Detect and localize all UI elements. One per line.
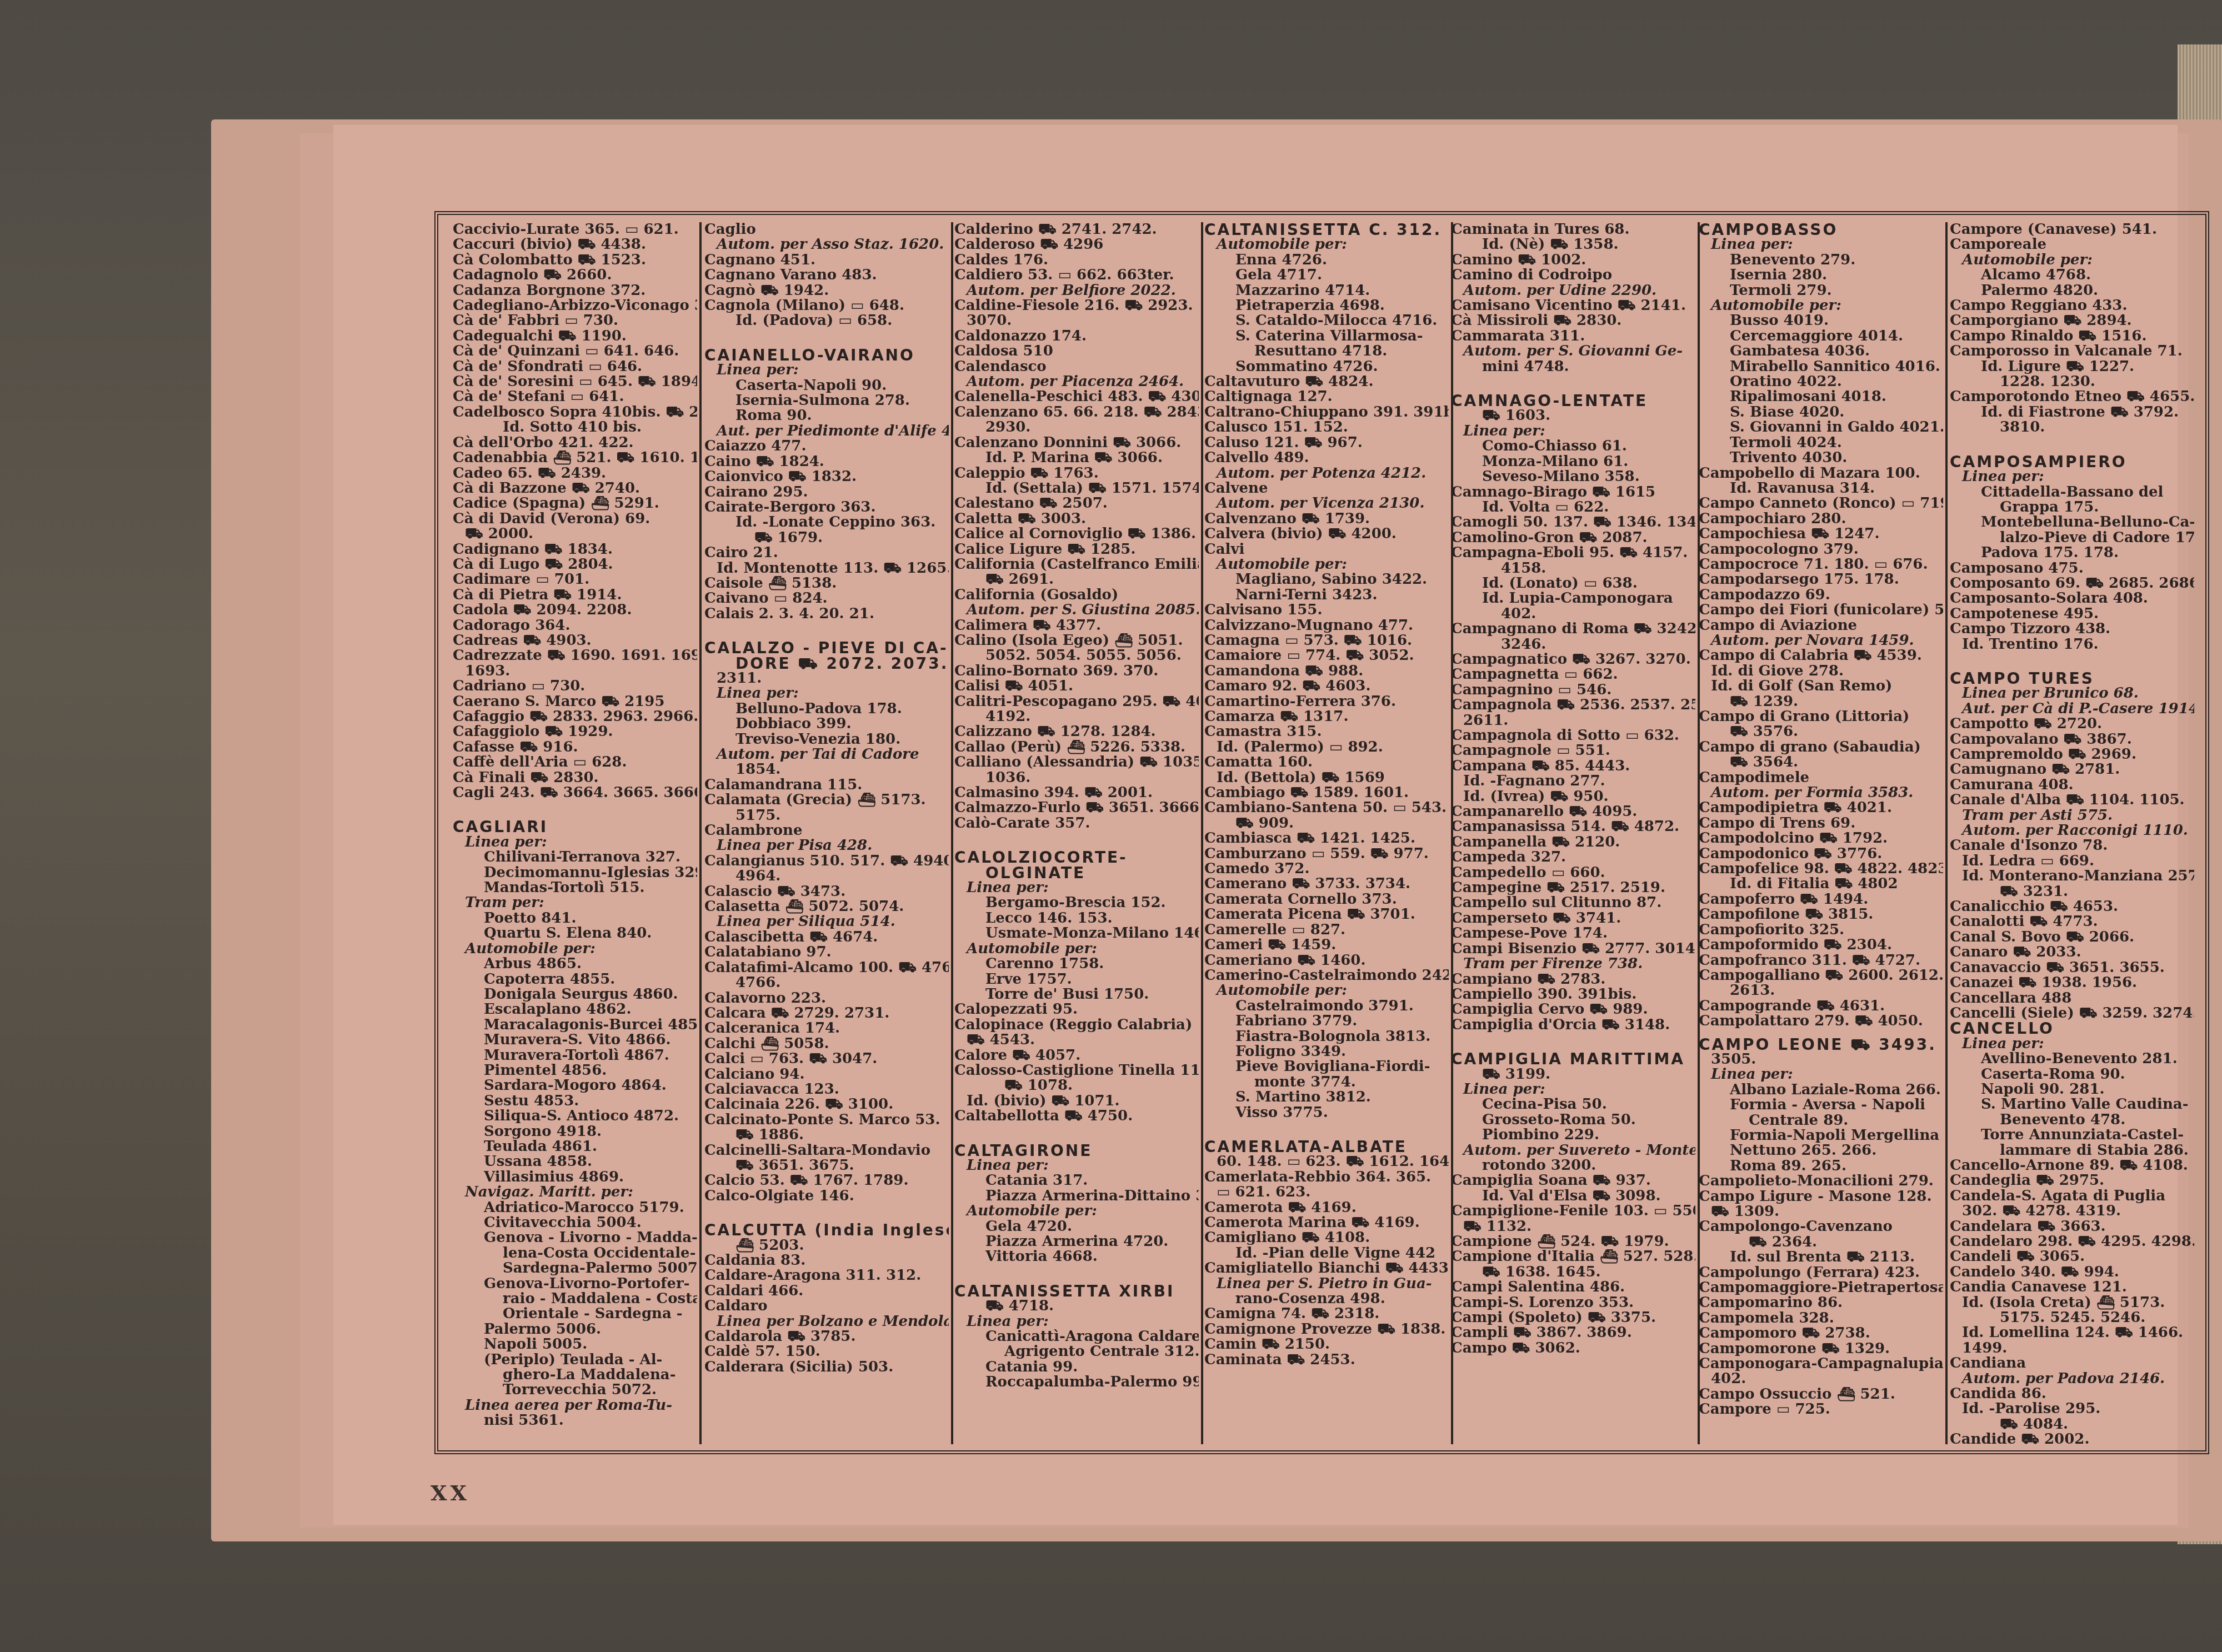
index-entry: Campanasissa 514. ⛟ 4872. <box>1451 819 1695 834</box>
index-entry: Caserta-Roma 90. <box>1950 1067 2194 1082</box>
index-entry: S. Giovanni in Galdo 4021. <box>1699 420 1943 435</box>
index-entry: Calco-Olgiate 146. <box>704 1189 949 1204</box>
index-entry: Id. -Fagnano 277. <box>1451 774 1695 789</box>
index-entry: Caltavuturo ⛟ 4824. <box>1204 374 1449 389</box>
index-entry: Camino di Codroipo <box>1451 268 1695 283</box>
index-entry: 5052. 5054. 5055. 5056. <box>954 648 1199 663</box>
index-entry: S. Caterina Villarmosa- <box>1204 329 1449 344</box>
index-entry: Campolungo (Ferrara) 423. <box>1699 1265 1943 1280</box>
index-entry: Camerata Picena ⛟ 3701. <box>1204 907 1449 922</box>
index-entry: Campana ⛟ 85. 4443. <box>1451 759 1695 774</box>
index-entry: Aut. per Piedimonte d'Alife 4042 <box>704 424 949 439</box>
index-entry: Linea per Pisa 428. <box>704 838 949 853</box>
index-entry: Foligno 3349. <box>1204 1044 1449 1059</box>
index-entry: 4158. <box>1451 561 1695 576</box>
index-entry: Cà de' Fabbri ▭ 730. <box>453 313 697 328</box>
index-entry: Caserta-Napoli 90. <box>704 378 949 393</box>
index-entry: Campagnola ⛟ 2536. 2537. 2538. <box>1451 698 1695 713</box>
index-entry: Sardara-Mogoro 4864. <box>453 1078 697 1093</box>
index-entry: Campione d'Italia ⛴ 527. 528. <box>1451 1249 1695 1264</box>
index-entry: 2930. <box>954 420 1199 435</box>
index-entry: Campiello 390. 391bis. <box>1451 987 1695 1002</box>
index-entry: Calenella-Peschici 483. ⛟ 4304. <box>954 389 1199 404</box>
index-entry: Camartino-Ferrera 376. <box>1204 694 1449 709</box>
index-entry: Calascio ⛟ 3473. <box>704 884 949 899</box>
index-entry: Bergamo-Brescia 152. <box>954 895 1199 910</box>
index-entry: Calvera (bivio) ⛟ 4200. <box>1204 527 1449 542</box>
index-entry: Id. (Isola Creta) ⛴ 5173. <box>1950 1295 2194 1310</box>
index-entry: Caldania 83. <box>704 1253 949 1268</box>
index-entry: Cadreas ⛟ 4903. <box>453 633 697 648</box>
index-entry: Palermo 5006. <box>453 1322 697 1337</box>
index-entry: Campagnetta ▭ 662. <box>1451 667 1695 682</box>
index-entry: Caldarola ⛟ 3785. <box>704 1329 949 1344</box>
index-entry: Campoferro ⛟ 1494. <box>1699 892 1943 907</box>
index-entry: Campodonico ⛟ 3776. <box>1699 847 1943 862</box>
index-entry: Caldè 57. 150. <box>704 1344 949 1359</box>
index-entry: Cà di Lugo ⛟ 2804. <box>453 557 697 572</box>
index-entry: Campore ▭ 725. <box>1699 1402 1943 1417</box>
index-entry: Cadrezzate ⛟ 1690. 1691. 1692. <box>453 648 697 663</box>
index-entry: Campiglione-Fenile 103. ▭ 550. <box>1451 1204 1695 1219</box>
index-entry: ⛟ 1886. <box>704 1128 949 1143</box>
entry-list: Calderino ⛟ 2741. 2742.Calderoso ⛟ 4296C… <box>954 222 1199 1390</box>
index-entry: Caino ⛟ 1824. <box>704 454 949 469</box>
index-entry: Narni-Terni 3423. <box>1204 588 1449 603</box>
index-entry: 5175. 5245. 5246. <box>1950 1310 2194 1325</box>
index-entry: Piazza Armerina-Dittaino 316. <box>954 1189 1199 1204</box>
index-entry: Camatta 160. <box>1204 755 1449 770</box>
station-heading: CAMNAGO-LENTATE <box>1451 393 1695 408</box>
index-entry: Candida 86. <box>1950 1386 2194 1401</box>
index-entry: Id. (Ivrea) ⛟ 950. <box>1451 789 1695 804</box>
index-entry: Cambiago ⛟ 1589. 1601. <box>1204 785 1449 800</box>
index-entry: Villasimius 4869. <box>453 1170 697 1185</box>
index-entry: Tram per Firenze 738. <box>1451 957 1695 972</box>
index-entry: Autom. per Novara 1459. <box>1699 633 1943 648</box>
index-entry: Caldaro <box>704 1299 949 1314</box>
index-entry: Automobile per: <box>453 942 697 957</box>
index-entry: Agrigento Centrale 312. <box>954 1344 1199 1359</box>
index-entry: Id. (Bettola) ⛟ 1569 <box>1204 770 1449 785</box>
index-entry: Cadorago 364. <box>453 618 697 633</box>
index-entry: S. Cataldo-Milocca 4716. <box>1204 313 1449 328</box>
index-entry: Carenno 1758. <box>954 957 1199 972</box>
index-entry: lena-Costa Occidentale- <box>453 1246 697 1261</box>
index-entry: Camugnano ⛟ 2781. <box>1950 762 2194 777</box>
index-entry: Camogli 50. 137. ⛟ 1346. 1347. <box>1451 515 1695 530</box>
index-entry: Calò-Carate 357. <box>954 816 1199 831</box>
index-entry: Automobile per: <box>1204 237 1449 252</box>
index-entry: Autom. per S. Giovanni Ge- <box>1451 344 1695 359</box>
index-entry: Camporeale <box>1950 237 2194 252</box>
index-entry: Ripalimosani 4018. <box>1699 389 1943 404</box>
index-entry: Siliqua-S. Antioco 4872. <box>453 1109 697 1124</box>
index-entry: ⛟ 1132. <box>1451 1219 1695 1234</box>
index-entry: Isernia 280. <box>1699 268 1943 283</box>
index-entry: Tram per: <box>453 895 697 910</box>
index-entry: Autom. per Udine 2290. <box>1451 283 1695 298</box>
index-entry: Campomela 328. <box>1699 1311 1943 1326</box>
index-entry: Canazei ⛟ 1938. 1956. <box>1950 975 2194 990</box>
index-entry: Linea per: <box>954 880 1199 895</box>
index-entry: Cà di David (Verona) 69. <box>453 512 697 527</box>
index-entry: Cecina-Pisa 50. <box>1451 1097 1695 1112</box>
index-entry: Camaiore ▭ 774. ⛟ 3052. <box>1204 648 1449 663</box>
index-entry: Calavorno 223. <box>704 991 949 1006</box>
index-entry: Id. Lupia-Camponogara <box>1451 591 1695 606</box>
index-entry: Cameri ⛟ 1459. <box>1204 938 1449 953</box>
index-entry: Camerota Marina ⛟ 4169. <box>1204 1215 1449 1230</box>
index-entry: Camisano Vicentino ⛟ 2141. <box>1451 298 1695 313</box>
index-entry: 3810. <box>1950 420 2194 435</box>
index-entry: Composanto 69. ⛟ 2685. 2686. <box>1950 576 2194 591</box>
index-entry: Campo ⛟ 3062. <box>1451 1341 1695 1356</box>
index-entry: Campolieto-Monacilioni 279. <box>1699 1174 1943 1189</box>
index-entry: Id. Volta ▭ 622. <box>1451 500 1695 515</box>
index-entry: Torrevecchia 5072. <box>453 1383 697 1398</box>
index-entry: Campagna-Eboli 95. ⛟ 4157. <box>1451 545 1695 560</box>
station-heading: CALTANISSETTA C. 312. <box>1204 222 1449 237</box>
index-entry: 1499. <box>1950 1341 2194 1356</box>
index-entry: Calderino ⛟ 2741. 2742. <box>954 222 1199 237</box>
index-entry: Genova - Livorno - Madda- <box>453 1230 697 1245</box>
index-entry: Monza-Milano 61. <box>1451 454 1695 469</box>
index-entry: Caldiero 53. ▭ 662. 663ter. <box>954 268 1199 283</box>
entry-list: Caccivio-Lurate 365. ▭ 621.Caccuri (bivi… <box>453 222 697 1429</box>
index-entry: Caltrano-Chiuppano 391. 391bis. <box>1204 405 1449 420</box>
index-entry: 3246. <box>1451 637 1695 652</box>
index-entry: Camporosso in Valcanale 71. <box>1950 344 2194 359</box>
index-entry: Campodolcino ⛟ 1792. <box>1699 831 1943 846</box>
index-entry: Automobile per: <box>1699 298 1943 313</box>
index-entry: 5175. <box>704 808 949 823</box>
index-entry: Como-Chiasso 61. <box>1451 439 1695 454</box>
index-entry: Cairate-Bergoro 363. <box>704 500 949 515</box>
index-entry: Candela-S. Agata di Puglia <box>1950 1189 2194 1204</box>
index-entry: Formia - Aversa - Napoli <box>1699 1098 1943 1113</box>
index-entry: 1228. 1230. <box>1950 374 2194 389</box>
station-heading: CAGLIARI <box>453 819 697 834</box>
column-rule <box>1945 222 1948 1444</box>
index-entry: Poetto 841. <box>453 911 697 926</box>
index-entry: Camerano ⛟ 3733. 3734. <box>1204 877 1449 892</box>
index-entry: 3070. <box>954 313 1199 328</box>
index-entry: Camigliatello Bianchi ⛟ 4433. <box>1204 1261 1449 1276</box>
index-entry: Cambiasca ⛟ 1421. 1425. <box>1204 831 1449 846</box>
index-entry: Calvisano 155. <box>1204 603 1449 618</box>
index-entry: Campo Reggiano 433. <box>1950 298 2194 313</box>
index-entry: lammare di Stabia 286. <box>1950 1143 2194 1158</box>
index-entry: Campofranco 311. ⛟ 4727. <box>1699 953 1943 968</box>
index-entry: Camburzano ▭ 559. ⛟ 977. <box>1204 847 1449 862</box>
index-entry: Campagnino ▭ 546. <box>1451 683 1695 698</box>
index-entry: Cagnano Varano 483. <box>704 268 949 283</box>
index-entry: Cadriano ▭ 730. <box>453 679 697 694</box>
index-entry: Caerano S. Marco ⛟ 2195 <box>453 694 697 709</box>
index-entry: Campo Tizzoro 438. <box>1950 622 2194 637</box>
index-entry: Trivento 4030. <box>1699 450 1943 465</box>
index-entry: 402. <box>1699 1371 1943 1386</box>
index-entry: Cà Colombatto ⛟ 1523. <box>453 253 697 268</box>
index-entry: 302. ⛟ 4278. 4319. <box>1950 1204 2194 1219</box>
index-entry: Campocologno 379. <box>1699 542 1943 557</box>
index-entry: Calimera ⛟ 4377. <box>954 618 1199 633</box>
index-entry: Calosso-Castiglione Tinella 115 <box>954 1063 1199 1078</box>
index-entry: Piombino 229. <box>1451 1128 1695 1143</box>
index-entry: Avellino-Benevento 281. <box>1950 1052 2194 1067</box>
index-entry: Pimentel 4856. <box>453 1063 697 1078</box>
index-entry: Campo Rinaldo ⛟ 1516. <box>1950 329 2194 344</box>
index-entry: Id. (Lonato) ▭ 638. <box>1451 576 1695 591</box>
station-heading: CAMPIGLIA MARITTIMA <box>1451 1052 1695 1067</box>
index-entry: Campo dei Fiori (funicolare) 590 <box>1699 603 1943 618</box>
index-entry: Calcinelli-Saltara-Mondavio <box>704 1143 949 1158</box>
index-entry: Cercemaggiore 4014. <box>1699 329 1943 344</box>
index-entry: Campotto ⛟ 2720. <box>1950 717 2194 732</box>
index-entry: Automobile per: <box>954 942 1199 957</box>
index-entry: Calice al Cornoviglio ⛟ 1386. 1387 <box>954 527 1199 542</box>
index-entry: Campogrande ⛟ 4631. <box>1699 999 1943 1014</box>
index-entry: Calamata (Grecia) ⛴ 5173. <box>704 793 949 808</box>
index-entry: Campomorone ⛟ 1329. <box>1699 1341 1943 1356</box>
index-entry: Camerlata-Rebbio 364. 365. <box>1204 1170 1449 1185</box>
index-entry: Sommatino 4726. <box>1204 359 1449 374</box>
index-entry: Camastra 315. <box>1204 724 1449 739</box>
column-rule <box>699 222 702 1444</box>
index-entry: ghero-La Maddalena- <box>453 1368 697 1383</box>
index-entry: Palermo 4820. <box>1950 283 2194 298</box>
index-entry: Automobile per: <box>1950 253 2194 268</box>
index-entry: Campese-Pove 174. <box>1451 926 1695 941</box>
index-entry: ⛟ 3576. <box>1699 724 1943 739</box>
index-entry: Sestu 4853. <box>453 1094 697 1109</box>
index-entry: Roccapalumba-Palermo 99 <box>954 1375 1199 1390</box>
index-entry: Caldare-Aragona 311. 312. <box>704 1268 949 1283</box>
index-entry: Cà dell'Orbo 421. 422. <box>453 435 697 450</box>
index-entry: Calciavacca 123. <box>704 1082 949 1097</box>
index-entry: Cancellara 488 <box>1950 991 2194 1006</box>
index-entry: Calvene <box>1204 481 1449 496</box>
index-entry: Calino-Bornato 369. 370. <box>954 664 1199 679</box>
index-entry: Civitavecchia 5004. <box>453 1215 697 1230</box>
index-entry: Linea per S. Pietro in Gua- <box>1204 1276 1449 1291</box>
station-heading: CAMPO TURES <box>1950 671 2194 686</box>
index-entry: Cadegliano-Arbizzo-Viconago 377 <box>453 298 697 313</box>
index-entry: Campochiaro 280. <box>1699 512 1943 527</box>
index-entry: Campo Ossuccio ⛴ 521. <box>1699 1387 1943 1402</box>
index-entry: Automobile per: <box>954 1204 1199 1219</box>
index-entry: Campanarello ⛟ 4095. <box>1451 804 1695 819</box>
index-entry: Candelara ⛟ 3663. <box>1950 1219 2194 1234</box>
index-entry: Autom. per Vicenza 2130. <box>1204 496 1449 511</box>
column-2: CaglioAutom. per Asso Staz. 1620.Cagnano… <box>704 222 949 1444</box>
index-entry: Calciano 94. <box>704 1067 949 1082</box>
index-entry: Candeglia ⛟ 2975. <box>1950 1173 2194 1188</box>
index-entry: Linea per: <box>1451 424 1695 439</box>
index-entry: Camarza ⛟ 1317. <box>1204 709 1449 724</box>
index-entry: Gela 4717. <box>1204 268 1449 283</box>
index-entry: Escalaplano 4862. <box>453 1002 697 1017</box>
index-entry: monte 3774. <box>1204 1075 1449 1090</box>
index-entry: Camagna ▭ 573. ⛟ 1016. <box>1204 633 1449 648</box>
index-entry: Caisole ⛴ 5138. <box>704 576 949 591</box>
index-entry: Campolongo-Cavenzano <box>1699 1219 1943 1234</box>
station-heading: CAMERLATA-ALBATE <box>1204 1139 1449 1154</box>
station-heading: CALTANISSETTA XIRBI <box>954 1284 1199 1299</box>
index-entry: Autom. per Belfiore 2022. <box>954 283 1199 298</box>
index-entry: Quartu S. Elena 840. <box>453 926 697 941</box>
index-entry: Linea per: <box>1699 237 1943 252</box>
index-entry: ⛟ 1679. <box>704 530 949 545</box>
index-entry: Candelo 340. ⛟ 994. <box>1950 1265 2194 1280</box>
index-entry: Campodazzo 69. <box>1699 588 1943 603</box>
index-entry: Camperseto ⛟ 3741. <box>1451 911 1695 926</box>
index-entry: Benevento 478. <box>1950 1113 2194 1128</box>
index-entry: Vittoria 4668. <box>954 1249 1199 1264</box>
index-entry: Cancelli (Siele) ⛟ 3259. 3274. <box>1950 1006 2194 1021</box>
index-entry: Fiastra-Bolognola 3813. <box>1204 1029 1449 1044</box>
index-entry: Linea per Bolzano e Mendola 397 <box>704 1314 949 1329</box>
column-6: CAMPOBASSOLinea per:Benevento 279.Iserni… <box>1699 222 1943 1444</box>
index-entry: Calcinaia 226. ⛟ 3100. <box>704 1097 949 1112</box>
index-entry: Termoli 279. <box>1699 283 1943 298</box>
index-entry: Cadenabbia ⛴ 521. ⛟ 1610. 1626. <box>453 450 697 465</box>
index-entry: ⛟ 2364. <box>1699 1235 1943 1250</box>
index-entry: Calcio 53. ⛟ 1767. 1789. <box>704 1173 949 1188</box>
index-entry: Lecco 146. 153. <box>954 911 1199 926</box>
index-entry: Id. Montenotte 113. ⛟ 1265. <box>704 561 949 576</box>
index-entry: Cà di Pietra ⛟ 1914. <box>453 588 697 603</box>
index-entry: Tram per Asti 575. <box>1950 808 2194 823</box>
column-rule <box>1201 222 1203 1444</box>
column-1: Caccivio-Lurate 365. ▭ 621.Caccuri (bivi… <box>453 222 697 1444</box>
index-entry: Campi (Spoleto) ⛟ 3375. <box>1451 1310 1695 1325</box>
index-entry: Linea per: <box>1699 1067 1943 1082</box>
index-entry: Oratino 4022. <box>1699 374 1943 389</box>
index-entry: Decimomannu-Iglesias 329. <box>453 865 697 880</box>
index-entry: Calino (Isola Egeo) ⛴ 5051. <box>954 633 1199 648</box>
index-entry: Cadegualchi ⛟ 1190. <box>453 329 697 344</box>
index-entry: Piazza Armerina 4720. <box>954 1234 1199 1249</box>
index-entry: Campo di Aviazione <box>1699 618 1943 633</box>
index-entry: Camigliano ⛟ 4108. <box>1204 1230 1449 1245</box>
index-entry: Campochiesa ⛟ 1247. <box>1699 527 1943 542</box>
index-entry: Linea per: <box>1451 1082 1695 1097</box>
index-entry: Autom. per S. Giustina 2085. <box>954 603 1199 618</box>
index-entry: Arbus 4865. <box>453 957 697 972</box>
index-entry: Calangianus 510. 517. ⛟ 4940 <box>704 854 949 869</box>
index-entry: Caglio <box>704 222 949 237</box>
index-entry: Cairo 21. <box>704 545 949 560</box>
index-entry: Caivano ▭ 824. <box>704 591 949 606</box>
index-entry: Id. di Fiastrone ⛟ 3792. <box>1950 405 2194 420</box>
index-entry: Torre de' Busi 1750. <box>954 987 1199 1002</box>
index-entry: 1693. <box>453 664 697 679</box>
index-entry: Campolattaro 279. ⛟ 4050. <box>1699 1014 1943 1029</box>
index-entry: Gela 4720. <box>954 1219 1199 1234</box>
station-heading: OLGINATE <box>954 865 1199 880</box>
index-entry: Camposano 475. <box>1950 561 2194 576</box>
index-entry: ⛟ 3564. <box>1699 755 1943 770</box>
index-entry: Calcinato-Ponte S. Marco 53. <box>704 1113 949 1128</box>
index-entry: Campanella ⛟ 2120. <box>1451 835 1695 850</box>
index-entry: Calchi ⛴ 5058. <box>704 1037 949 1052</box>
index-entry: Muravera-Tortolì 4867. <box>453 1048 697 1063</box>
index-entry: Callao (Perù) ⛴ 5226. 5338. <box>954 740 1199 755</box>
index-entry: ⛟ 2000. <box>453 527 697 542</box>
index-entry: Roma 89. 265. <box>1699 1159 1943 1174</box>
index-entry: Calenzano Donnini ⛟ 3066. <box>954 435 1199 450</box>
index-entry: Canale d'Alba ⛟ 1104. 1105. <box>1950 793 2194 808</box>
index-entry: Calascibetta ⛟ 4674. <box>704 930 949 945</box>
index-entry: 60. 148. ▭ 623. ⛟ 1612. 1642. <box>1204 1154 1449 1169</box>
index-entry: Camaro 92. ⛟ 4603. <box>1204 679 1449 694</box>
index-entry: Linea per: <box>954 1158 1199 1173</box>
index-entry: Teulada 4861. <box>453 1139 697 1154</box>
index-entry: ⛟ 1638. 1645. <box>1451 1265 1695 1280</box>
index-entry: Ussana 4858. <box>453 1154 697 1169</box>
index-entry: Caldine-Fiesole 216. ⛟ 2923. <box>954 298 1199 313</box>
index-entry: Camporgiano ⛟ 2894. <box>1950 313 2194 328</box>
index-entry: Candiana <box>1950 1356 2194 1371</box>
index-entry: Candia Canavese 121. <box>1950 1280 2194 1295</box>
index-entry: Genova-Livorno-Portofer- <box>453 1276 697 1291</box>
index-entry: nisi 5361. <box>453 1413 697 1428</box>
index-entry: Id. Ligure ⛟ 1227. <box>1950 359 2194 374</box>
index-entry: Id. (bivio) ⛟ 1071. <box>954 1094 1199 1109</box>
index-entry: Formia-Napoli Mergellina 89. <box>1699 1128 1943 1143</box>
index-entry: Cadanza Borgnone 372. <box>453 283 697 298</box>
index-entry: raio - Maddalena - Costa <box>453 1291 697 1306</box>
index-entry: Calliano (Alessandria) ⛟ 1035. <box>954 755 1199 770</box>
index-entry: Candide ⛟ 2002. <box>1950 1432 2194 1447</box>
index-entry: Torre Annunziata-Castel- <box>1950 1128 2194 1143</box>
index-entry: (Periplo) Teulada - Al- <box>453 1353 697 1368</box>
index-entry: Campore (Canavese) 541. <box>1950 222 2194 237</box>
index-entry: Id. Sotto 410 bis. <box>453 420 697 435</box>
index-entry: Enna 4726. <box>1204 253 1449 268</box>
index-entry: Calvello 489. <box>1204 450 1449 465</box>
index-entry: Donigala Seurgus 4860. <box>453 987 697 1002</box>
index-entry: Calore ⛟ 4057. <box>954 1048 1199 1063</box>
index-entry: Calais 2. 3. 4. 20. 21. <box>704 607 949 622</box>
index-entry: Cagli 243. ⛟ 3664. 3665. 3666. <box>453 785 697 800</box>
index-entry: Orientale - Sardegna - <box>453 1306 697 1321</box>
index-entry: Resuttano 4718. <box>1204 344 1449 359</box>
index-entry: Linea per Brunico 68. <box>1950 686 2194 701</box>
index-entry: Calvi <box>1204 542 1449 557</box>
index-entry: Id. Lomellina 124. ⛟ 1466. <box>1950 1325 2194 1340</box>
index-entry: 4766. <box>704 975 949 990</box>
index-entry: Alcamo 4768. <box>1950 268 2194 283</box>
index-entry: Campiglia Cervo ⛟ 989. <box>1451 1002 1695 1017</box>
index-entry: Napoli 5005. <box>453 1337 697 1352</box>
index-entry: Caminata in Tures 68. <box>1451 222 1695 237</box>
index-entry: Campofelice 98. ⛟ 4822. 4823. <box>1699 862 1943 877</box>
index-entry: Camedo 372. <box>1204 862 1449 877</box>
index-entry: Cagnano 451. <box>704 253 949 268</box>
index-entry: Id. Monterano-Manziana 257 <box>1950 869 2194 884</box>
index-entry: Calatabiano 97. <box>704 945 949 960</box>
station-heading: CALALZO - PIEVE DI CA- <box>704 640 949 655</box>
index-entry: Campegine ⛟ 2517. 2519. <box>1451 880 1695 895</box>
index-entry: Cadice (Spagna) ⛴ 5291. <box>453 496 697 511</box>
station-heading: DORE ⛟ 2072. 2073. 2074. <box>704 656 949 671</box>
index-entry: Campello sul Clitunno 87. <box>1451 895 1695 910</box>
index-entry: Pieve Bovigliana-Fiordi- <box>1204 1059 1449 1074</box>
index-entry: Cadola ⛟ 2094. 2208. <box>453 603 697 618</box>
